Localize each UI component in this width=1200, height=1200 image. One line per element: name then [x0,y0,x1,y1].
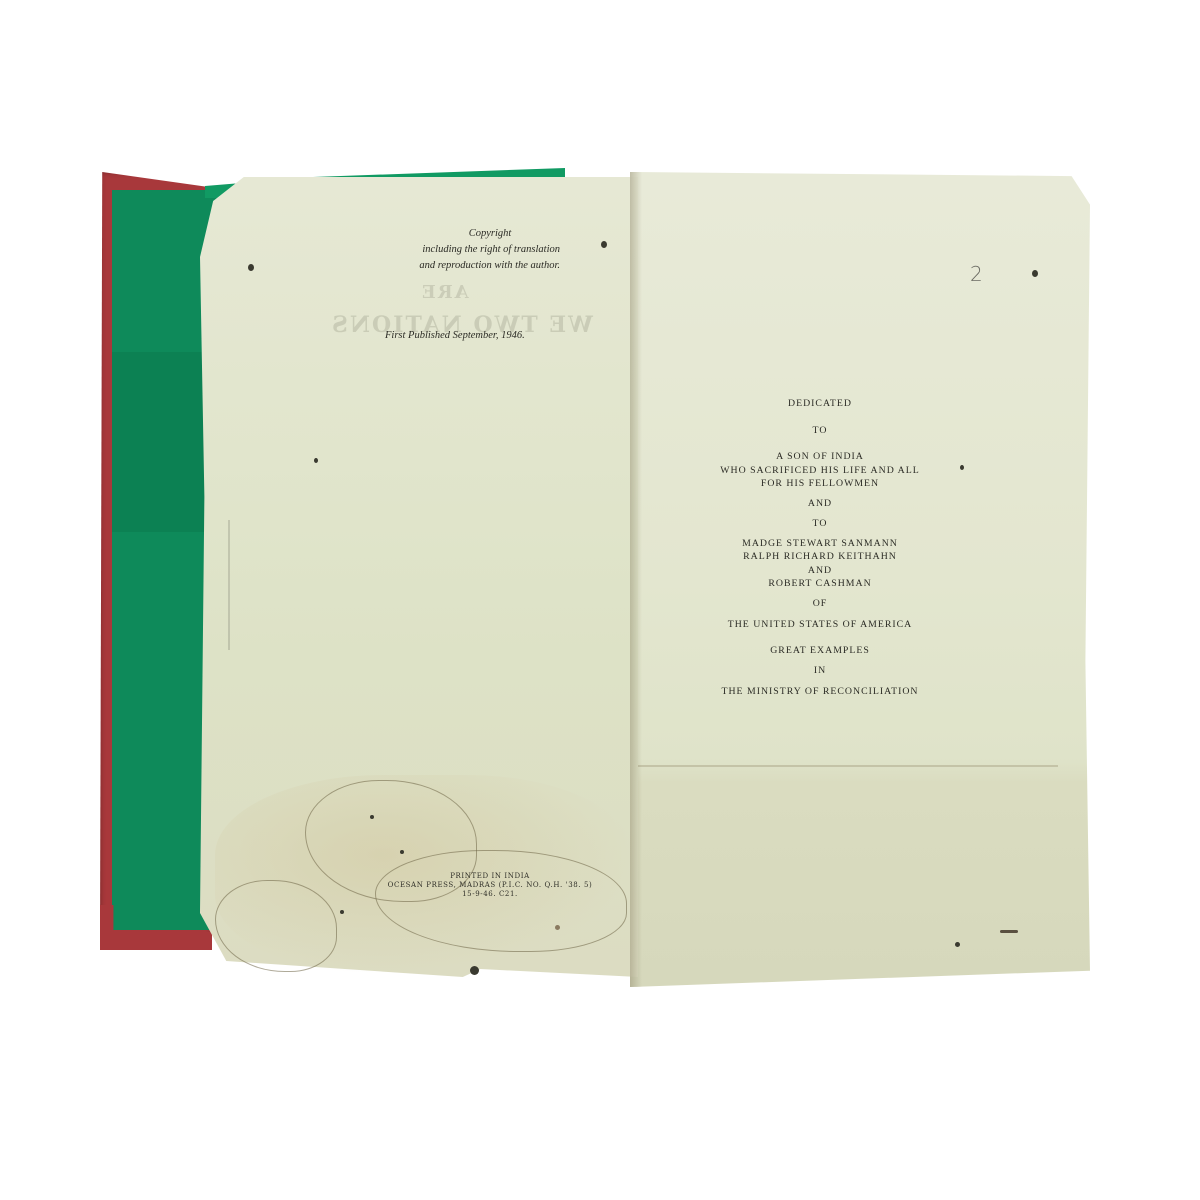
paper-hole [470,966,479,975]
copyright-line: and reproduction with the author. [360,258,560,274]
dedication-text: DEDICATED TO A SON OF INDIA WHO SACRIFIC… [680,397,960,698]
page-fold-line [638,765,1058,767]
paper-mark [1000,930,1018,933]
paper-hole [400,850,404,854]
printer-line: 15-9-46. C21. [370,890,610,899]
paper-hole [370,815,374,819]
dedication-line: RALPH RICHARD KEITHAHN [680,550,960,564]
dedication-line: THE UNITED STATES OF AMERICA [680,618,960,632]
paper-hole [960,465,964,470]
show-through-text: ARE [420,282,469,303]
paper-hole [555,925,560,930]
paper-hole [314,458,318,463]
dedication-line: DEDICATED [680,397,960,411]
paper-hole [248,264,254,271]
dedication-line: FOR HIS FELLOWMEN [680,477,960,491]
cover-shadow [112,352,212,532]
dedication-line: OF [680,597,960,611]
dedication-line: TO [680,424,960,438]
faint-stamp [228,520,320,650]
dedication-line: TO [680,517,960,531]
printer-line: PRINTED IN INDIA [370,872,610,881]
copyright-title: Copyright [360,226,560,242]
paper-hole [601,241,607,248]
paper-hole [340,910,344,914]
copyright-line: including the right of translation [360,242,560,258]
dedication-line: GREAT EXAMPLES [680,644,960,658]
dedication-line: AND [680,564,960,578]
dedication-line: MADGE STEWART SANMANN [680,537,960,551]
printer-line: OCESAN PRESS, MADRAS (P.I.C. NO. Q.H. '3… [370,881,610,890]
paper-hole [955,942,960,947]
dedication-line: ROBERT CASHMAN [680,577,960,591]
dedication-line: A SON OF INDIA [680,450,960,464]
dedication-line: WHO SACRIFICED HIS LIFE AND ALL [680,464,960,478]
paper-hole [1032,270,1038,277]
dedication-line: IN [680,664,960,678]
handwritten-page-number: 2 [970,262,983,286]
dedication-line: THE MINISTRY OF RECONCILIATION [680,685,960,699]
first-published-date: First Published September, 1946. [385,330,565,341]
printer-imprint: PRINTED IN INDIA OCESAN PRESS, MADRAS (P… [370,872,610,899]
copyright-notice: Copyright including the right of transla… [360,226,560,274]
book-photo: ARE WE TWO NATIONS Copyright including t… [0,0,1200,1200]
dedication-line: AND [680,497,960,511]
